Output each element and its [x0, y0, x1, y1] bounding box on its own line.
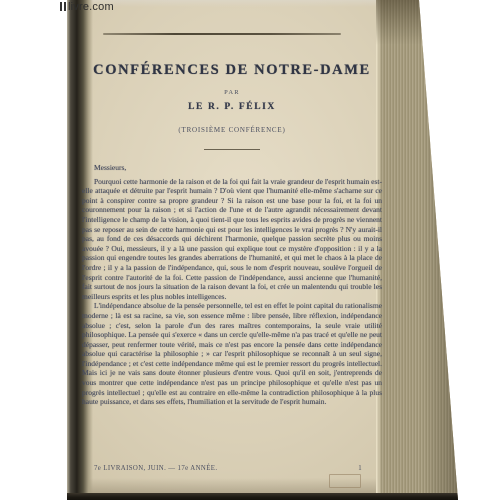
- body-text: Messieurs, Pourquoi cette harmonie de la…: [82, 163, 382, 407]
- watermark-cut-fragment-icon: [60, 2, 67, 11]
- separator-rule: [204, 149, 260, 150]
- conference-subtitle: (TROISIÈME CONFÉRENCE): [82, 126, 382, 134]
- book-fore-edge-pages: [376, 0, 459, 500]
- header-rule: [103, 33, 341, 35]
- printed-page: CONFÉRENCES DE NOTRE-DAME PAR LE R. P. F…: [82, 0, 382, 500]
- paragraph-2: L'indépendance absolue de la pensée pers…: [82, 301, 382, 407]
- watermark-text: livre.com: [68, 1, 114, 13]
- salutation: Messieurs,: [94, 163, 382, 173]
- book-photo: CONFÉRENCES DE NOTRE-DAME PAR LE R. P. F…: [67, 0, 459, 500]
- author-name: LE R. P. FÉLIX: [82, 102, 382, 112]
- page-footer: 7e LIVRAISON, JUIN. — 17e ANNÉE. 1: [82, 465, 382, 475]
- imprint-line: 7e LIVRAISON, JUIN. — 17e ANNÉE.: [94, 465, 217, 472]
- paragraph-1: Pourquoi cette harmonie de la raison et …: [82, 177, 382, 302]
- byline: PAR: [82, 89, 382, 96]
- watermark: livre.com: [60, 1, 114, 14]
- page-number: 1: [358, 465, 362, 472]
- page-title: CONFÉRENCES DE NOTRE-DAME: [82, 62, 382, 79]
